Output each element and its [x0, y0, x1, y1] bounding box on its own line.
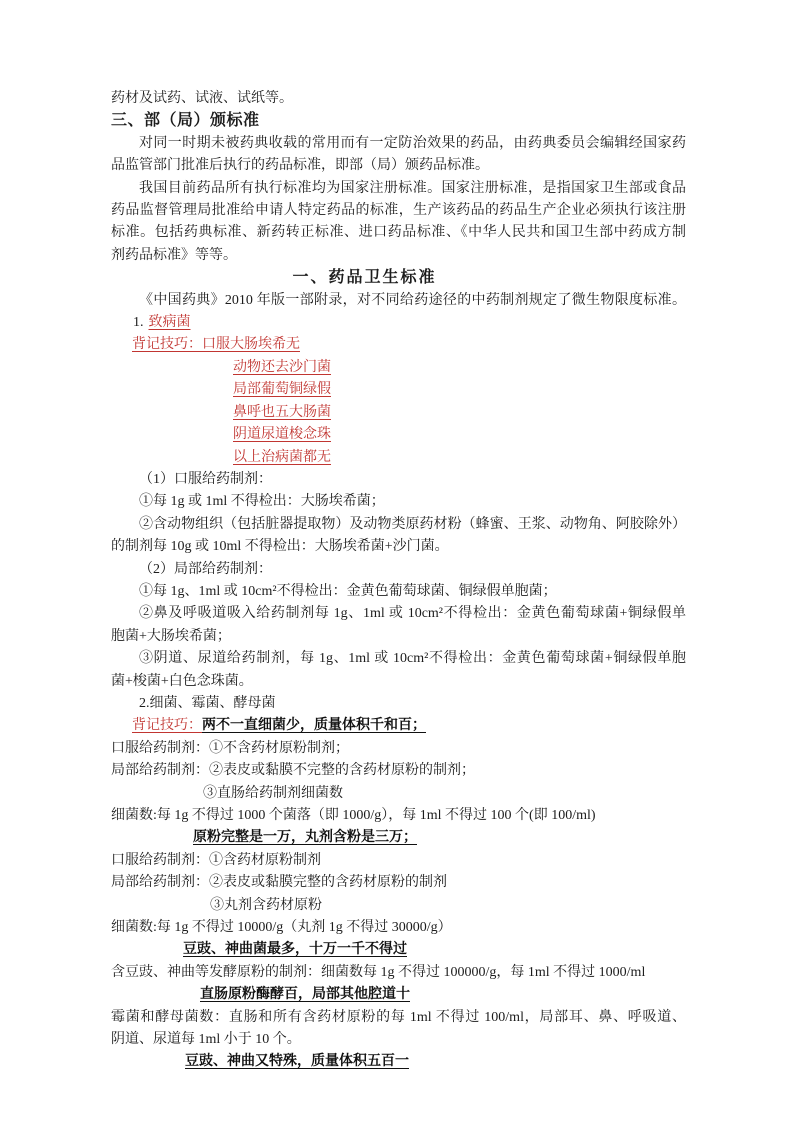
text-line: 的制剂每 10g 或 10ml 不得检出：大肠埃希菌+沙门菌。: [111, 536, 686, 558]
oral-item-1: ①每 1g 或 1ml 不得检出：大肠埃希菌；: [111, 491, 686, 513]
bacteria-mnemonic-4: 直肠原粉酶酵百，局部其他腔道十: [111, 984, 686, 1006]
mnemonic-text: 动物还去沙门菌: [233, 360, 331, 375]
text-line: 我国目前药品所有执行标准均为国家注册标准。国家注册标准，是指国家卫生部或食品: [111, 178, 686, 200]
pathogen-title-text: 致病菌: [149, 315, 191, 330]
intro-tail-line: 药材及试药、试液、试纸等。: [111, 88, 686, 110]
document-content: 药材及试药、试液、试纸等。 三、部（局）颁标准 对同一时期未被药典收载的常用而有…: [111, 88, 686, 1074]
text-line: 药品监督管理局批准给申请人特定药品的标准，生产该药品的药品生产企业必须执行该注册: [111, 200, 686, 222]
text-line: 胞菌+大肠埃希菌；: [111, 626, 686, 648]
mnemonic-label: 背记技巧：: [132, 718, 202, 733]
bacteria-mnemonic-1: 背记技巧：两不一直细菌少，质量体积千和百；: [111, 715, 686, 737]
text-line: ③阴道、尿道给药制剂，每 1g、1ml 或 10cm²不得检出：金黄色葡萄球菌+…: [111, 648, 686, 670]
pathogen-mnemonic-line: 以上治病菌都无: [111, 447, 686, 469]
pathogen-mnemonic-line: 局部葡萄铜绿假: [111, 379, 686, 401]
mnemonic-text: 豆豉、神曲菌最多，十万一千不得过: [183, 942, 407, 957]
topical-item-1: ①每 1g、1ml 或 10cm²不得检出：金黄色葡萄球菌、铜绿假单胞菌；: [111, 581, 686, 603]
document-page: 药材及试药、试液、试纸等。 三、部（局）颁标准 对同一时期未被药典收载的常用而有…: [0, 0, 793, 1122]
topical-item-3: ③阴道、尿道给药制剂，每 1g、1ml 或 10cm²不得检出：金黄色葡萄球菌+…: [111, 648, 686, 693]
bacteria-group2-count: 细菌数:每 1g 不得过 10000/g（丸剂 1g 不得过 30000/g）: [111, 917, 686, 939]
mnemonic-text: 鼻呼也五大肠菌: [233, 405, 331, 420]
hygiene-heading: 一、药品卫生标准: [111, 267, 686, 289]
text-line: 对同一时期未被药典收载的常用而有一定防治效果的药品，由药典委员会编辑经国家药: [111, 133, 686, 155]
mnemonic-text: 背记技巧：口服大肠埃希无: [132, 337, 300, 352]
pathogen-mnemonic-line: 动物还去沙门菌: [111, 357, 686, 379]
mnemonic-text: 两不一直细菌少，质量体积千和百；: [202, 718, 426, 733]
bacteria-ferment-rule: 含豆豉、神曲等发酵原粉的制剂：细菌数每 1g 不得过 100000/g，每 1m…: [111, 962, 686, 984]
section3-para2: 我国目前药品所有执行标准均为国家注册标准。国家注册标准，是指国家卫生部或食品 药…: [111, 178, 686, 268]
mnemonic-text: 阴道尿道梭念珠: [233, 427, 331, 442]
bacteria-group1-oral: 口服给药制剂：①不含药材原粉制剂；: [111, 738, 686, 760]
text-line: 《中国药典》2010 年版一部附录，对不同给药途径的中药制剂规定了微生物限度标准…: [111, 290, 686, 312]
bacteria-group2-oral: 口服给药制剂：①含药材原粉制剂: [111, 850, 686, 872]
section3-para1: 对同一时期未被药典收载的常用而有一定防治效果的药品，由药典委员会编辑经国家药 品…: [111, 133, 686, 178]
text-line: 标准。包括药典标准、新药转正标准、进口药品标准、《中华人民共和国卫生部中药成方制: [111, 222, 686, 244]
mnemonic-text: 局部葡萄铜绿假: [233, 382, 331, 397]
text-line: 剂药品标准》等等。: [111, 245, 686, 267]
pathogen-mnemonic-line: 背记技巧：口服大肠埃希无: [111, 334, 686, 356]
bacteria-title: 2.细菌、霉菌、酵母菌: [111, 693, 686, 715]
bacteria-group1-count: 细菌数:每 1g 不得过 1000 个菌落（即 1000/g），每 1ml 不得…: [111, 805, 686, 827]
pathogen-title: 1.致病菌: [111, 312, 686, 334]
bacteria-mnemonic-3: 豆豉、神曲菌最多，十万一千不得过: [111, 939, 686, 961]
bacteria-group2-topical: 局部给药制剂：②表皮或黏膜完整的含药材原粉的制剂: [111, 872, 686, 894]
text-line: ②鼻及呼吸道吸入给药制剂每 1g、1ml 或 10cm²不得检出：金黄色葡萄球菌…: [111, 603, 686, 625]
oral-heading: （1）口服给药制剂：: [111, 469, 686, 491]
mnemonic-text: 原粉完整是一万，丸剂含粉是三万；: [193, 830, 417, 845]
pathogen-title-number: 1.: [133, 315, 144, 330]
mnemonic-text: 以上治病菌都无: [233, 450, 331, 465]
mnemonic-text: 直肠原粉酶酵百，局部其他腔道十: [200, 987, 410, 1002]
oral-item-2: ②含动物组织（包括脏器提取物）及动物类原药材粉（蜂蜜、王浆、动物角、阿胶除外） …: [111, 514, 686, 559]
topical-item-2: ②鼻及呼吸道吸入给药制剂每 1g、1ml 或 10cm²不得检出：金黄色葡萄球菌…: [111, 603, 686, 648]
topical-heading: （2）局部给药制剂：: [111, 559, 686, 581]
bacteria-group1-rectal: ③直肠给药制剂细菌数: [111, 783, 686, 805]
pathogen-mnemonic-line: 阴道尿道梭念珠: [111, 424, 686, 446]
text-line: 霉菌和酵母菌数：直肠和所有含药材原粉的每 1ml 不得过 100/ml，局部耳、…: [111, 1007, 686, 1029]
pathogen-mnemonic-line: 鼻呼也五大肠菌: [111, 402, 686, 424]
text-line: 品监管部门批准后执行的药品标准，即部（局）颁药品标准。: [111, 155, 686, 177]
mnemonic-text: 豆豉、神曲又特殊，质量体积五百一: [185, 1054, 409, 1069]
bacteria-mold-rule: 霉菌和酵母菌数：直肠和所有含药材原粉的每 1ml 不得过 100/ml，局部耳、…: [111, 1007, 686, 1052]
bacteria-mnemonic-5: 豆豉、神曲又特殊，质量体积五百一: [111, 1051, 686, 1073]
section3-heading: 三、部（局）颁标准: [111, 110, 686, 132]
bacteria-group1-topical: 局部给药制剂：②表皮或黏膜不完整的含药材原粉的制剂；: [111, 760, 686, 782]
hygiene-intro: 《中国药典》2010 年版一部附录，对不同给药途径的中药制剂规定了微生物限度标准…: [111, 290, 686, 312]
text-line: 菌+梭菌+白色念珠菌。: [111, 671, 686, 693]
text-line: ②含动物组织（包括脏器提取物）及动物类原药材粉（蜂蜜、王浆、动物角、阿胶除外）: [111, 514, 686, 536]
text-line: 阴道、尿道每 1ml 小于 10 个。: [111, 1029, 686, 1051]
bacteria-mnemonic-2: 原粉完整是一万，丸剂含粉是三万；: [111, 827, 686, 849]
bacteria-group2-pill: ③丸剂含药材原粉: [111, 895, 686, 917]
